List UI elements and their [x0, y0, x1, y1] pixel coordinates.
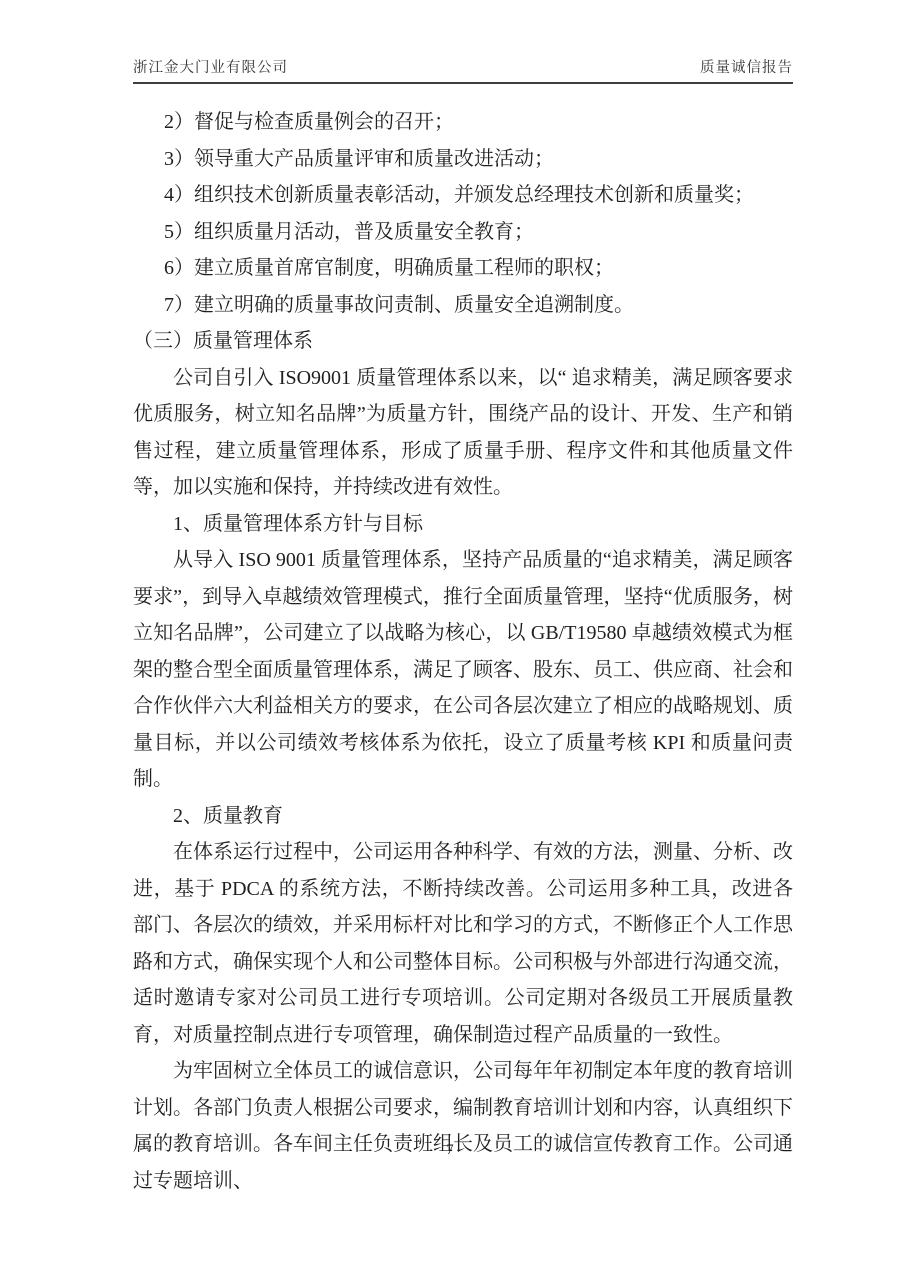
list-item: 2）督促与检查质量例会的召开；	[133, 104, 793, 141]
document-page: 浙江金大门业有限公司 质量诚信报告 2）督促与检查质量例会的召开；3）领导重大产…	[0, 0, 900, 1272]
sub-heading: 2、质量教育	[133, 798, 793, 835]
list-item: 3）领导重大产品质量评审和质量改进活动；	[133, 141, 793, 178]
page-footer: 7	[0, 1142, 900, 1159]
paragraph: 公司自引入 ISO9001 质量管理体系以来，以“ 追求精美，满足顾客要求优质服…	[133, 360, 793, 506]
page-header: 浙江金大门业有限公司 质量诚信报告	[133, 56, 793, 84]
paragraph: 为牢固树立全体员工的诚信意识，公司每年年初制定本年度的教育培训计划。各部门负责人…	[133, 1053, 793, 1199]
sub-heading: 1、质量管理体系方针与目标	[133, 506, 793, 543]
paragraph: 在体系运行过程中，公司运用各种科学、有效的方法，测量、分析、改进，基于 PDCA…	[133, 834, 793, 1053]
document-content: 2）督促与检查质量例会的召开；3）领导重大产品质量评审和质量改进活动；4）组织技…	[133, 104, 793, 1199]
page-number: 7	[446, 1142, 453, 1158]
paragraph: 从导入 ISO 9001 质量管理体系，坚持产品质量的“追求精美，满足顾客要求”…	[133, 542, 793, 798]
list-item: 7）建立明确的质量事故问责制、质量安全追溯制度。	[133, 287, 793, 324]
header-company-name: 浙江金大门业有限公司	[133, 56, 288, 77]
list-item: 6）建立质量首席官制度，明确质量工程师的职权；	[133, 250, 793, 287]
header-report-title: 质量诚信报告	[700, 56, 793, 77]
list-item: 5）组织质量月活动，普及质量安全教育；	[133, 214, 793, 251]
section-heading: （三）质量管理体系	[133, 323, 793, 360]
list-item: 4）组织技术创新质量表彰活动，并颁发总经理技术创新和质量奖；	[133, 177, 793, 214]
